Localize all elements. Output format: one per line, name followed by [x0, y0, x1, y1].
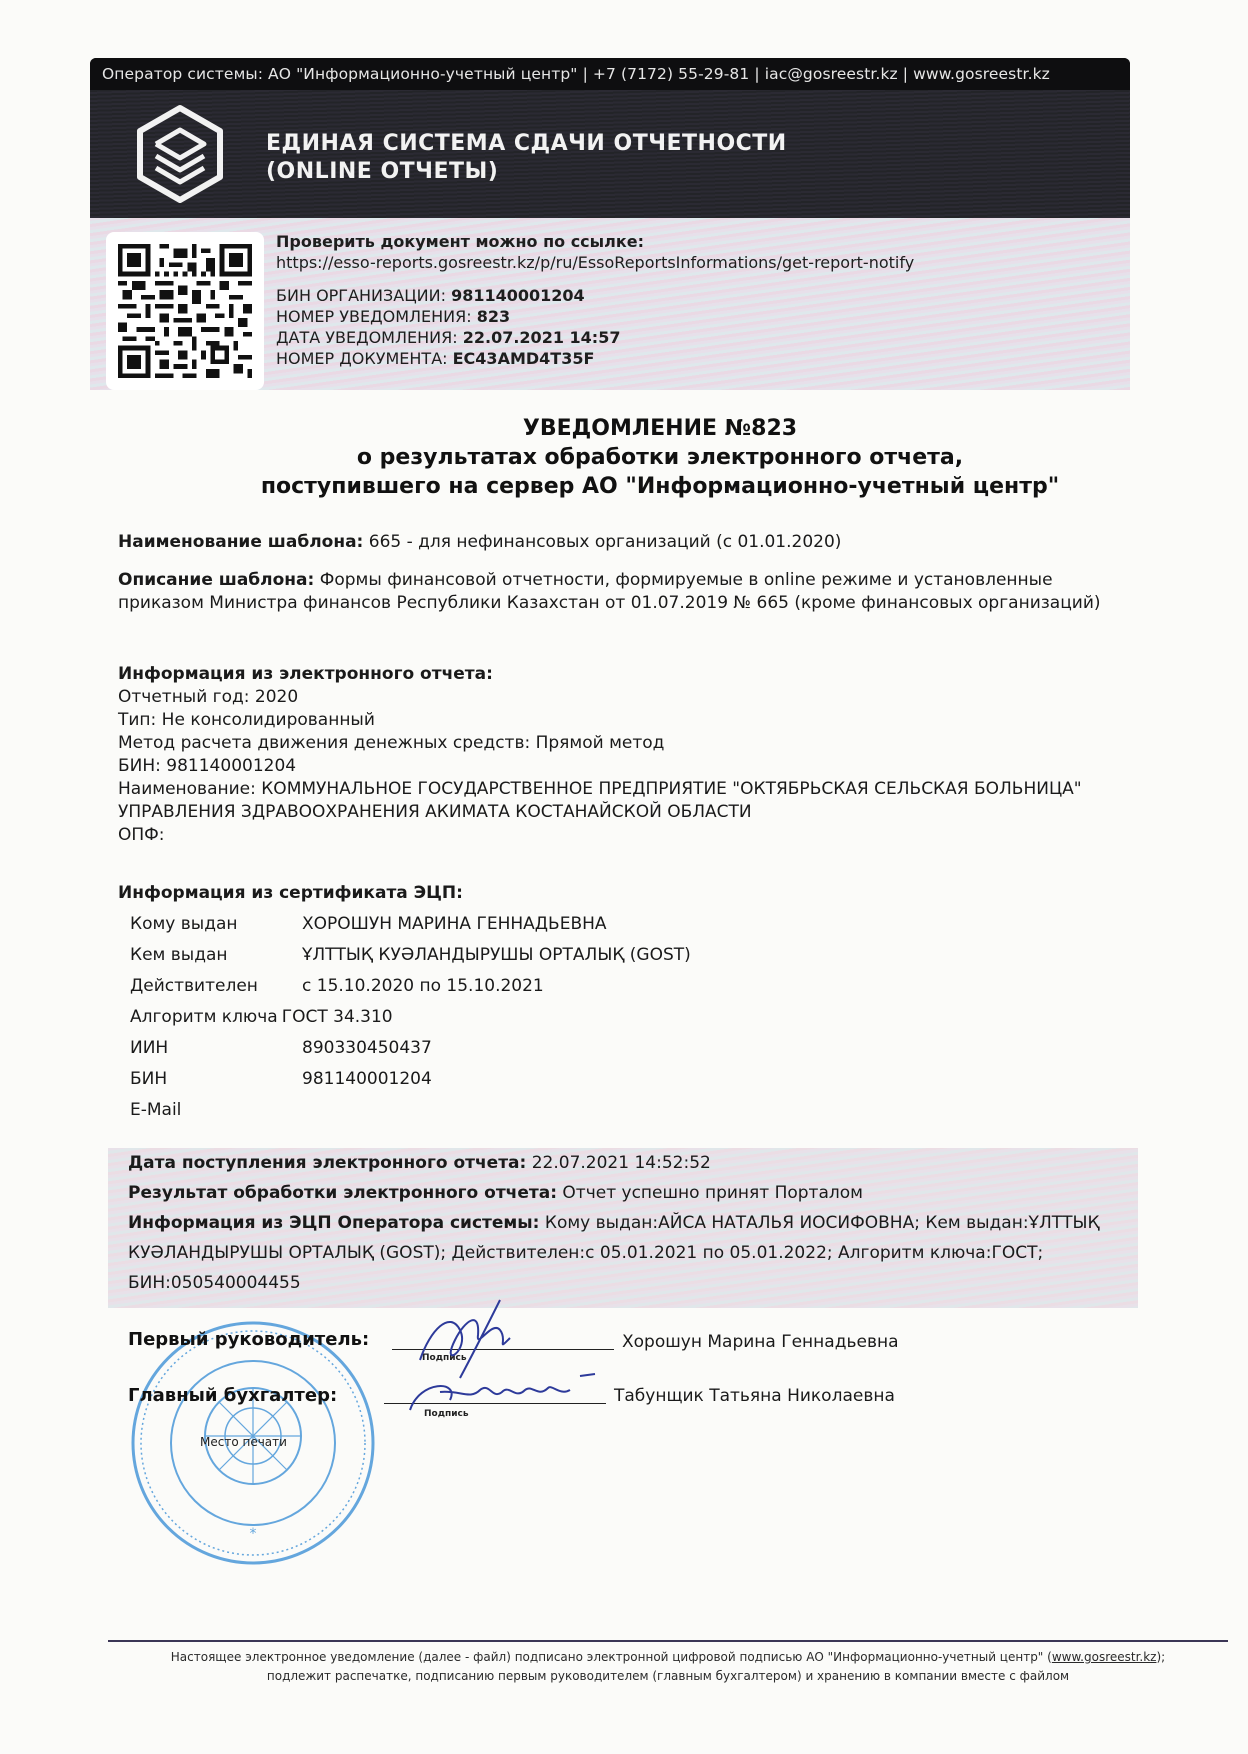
certificate-heading: Информация из сертификата ЭЦП: [118, 882, 463, 905]
report-bin: БИН: 981140001204 [118, 755, 1128, 778]
system-title: ЕДИНАЯ СИСТЕМА СДАЧИ ОТЧЕТНОСТИ (ONLINE … [266, 130, 787, 186]
stamp-place-caption: Место печати [200, 1435, 287, 1449]
system-brand: ЕДИНАЯ СИСТЕМА СДАЧИ ОТЧЕТНОСТИ (ONLINE … [90, 90, 1130, 218]
template-description: Описание шаблона: Формы финансовой отчет… [118, 569, 1118, 615]
layers-hexagon-icon [132, 104, 228, 204]
svg-text:*: * [250, 1526, 257, 1542]
cert-row-iin: ИИН890330450437 [130, 1032, 691, 1063]
template-name: Наименование шаблона: 665 - для нефинанс… [118, 531, 1118, 554]
accountant-name: Табунщик Татьяна Николаевна [614, 1386, 895, 1406]
legal-form: ОПФ: [118, 824, 1128, 847]
check-url[interactable]: https://esso-reports.gosreestr.kz/p/ru/E… [276, 252, 914, 273]
cashflow-method: Метод расчета движения денежных средств:… [118, 732, 1128, 755]
cert-row-issued-to: Кому выданХОРОШУН МАРИНА ГЕННАДЬЕВНА [130, 908, 691, 939]
head-signature-label: Первый руководитель: [128, 1329, 369, 1350]
check-label: Проверить документ можно по ссылке: [276, 231, 914, 252]
verification-panel: Проверить документ можно по ссылке: http… [90, 218, 1130, 390]
accountant-signature-icon [400, 1370, 600, 1420]
head-name: Хорошун Марина Геннадьевна [622, 1332, 899, 1352]
cert-row-email: E-Mail [130, 1094, 691, 1125]
notice-number-field: НОМЕР УВЕДОМЛЕНИЯ: 823 [276, 306, 914, 327]
operator-info: Оператор системы: АО "Информационно-учет… [102, 65, 1050, 83]
document-number-field: НОМЕР ДОКУМЕНТА: EC43AMD4T35F [276, 348, 914, 369]
notice-date-field: ДАТА УВЕДОМЛЕНИЯ: 22.07.2021 14:57 [276, 327, 914, 348]
footer-link[interactable]: www.gosreestr.kz [1052, 1650, 1157, 1664]
report-year: Отчетный год: 2020 [118, 686, 1128, 709]
operator-bar: Оператор системы: АО "Информационно-учет… [90, 58, 1130, 90]
certificate-table: Кому выданХОРОШУН МАРИНА ГЕННАДЬЕВНА Кем… [130, 908, 691, 1125]
head-signature-icon [400, 1290, 560, 1380]
footer-notice: Настоящее электронное уведомление (далее… [108, 1648, 1228, 1686]
verification-details: Проверить документ можно по ссылке: http… [276, 231, 914, 369]
header-banner: Оператор системы: АО "Информационно-учет… [90, 58, 1130, 218]
accountant-signature-label: Главный бухгалтер: [128, 1385, 337, 1406]
cert-row-issued-by: Кем выданҰЛТТЫҚ КУӘЛАНДЫРУШЫ ОРТАЛЫҚ (GO… [130, 939, 691, 970]
received-date: Дата поступления электронного отчета: 22… [128, 1148, 1128, 1178]
report-type: Тип: Не консолидированный [118, 709, 1128, 732]
organization-name: Наименование: КОММУНАЛЬНОЕ ГОСУДАРСТВЕНН… [118, 778, 1128, 824]
report-info-heading: Информация из электронного отчета: [118, 663, 1128, 686]
cert-row-algorithm: Алгоритм ключаГОСТ 34.310 [130, 1001, 691, 1032]
footer-divider [108, 1640, 1228, 1642]
operator-signature-info: Информация из ЭЦП Оператора системы: Ком… [128, 1208, 1128, 1298]
processing-status: Результат обработки электронного отчета:… [128, 1178, 1128, 1208]
report-info: Информация из электронного отчета: Отчет… [118, 663, 1128, 847]
org-bin-field: БИН ОРГАНИЗАЦИИ: 981140001204 [276, 285, 914, 306]
cert-row-validity: Действителенс 15.10.2020 по 15.10.2021 [130, 970, 691, 1001]
page-title: УВЕДОМЛЕНИЕ №823 о результатах обработки… [200, 414, 1120, 501]
qr-code-icon [118, 244, 252, 378]
processing-result-panel: Дата поступления электронного отчета: 22… [108, 1148, 1138, 1308]
qr-code[interactable] [106, 232, 264, 390]
cert-row-bin: БИН981140001204 [130, 1063, 691, 1094]
